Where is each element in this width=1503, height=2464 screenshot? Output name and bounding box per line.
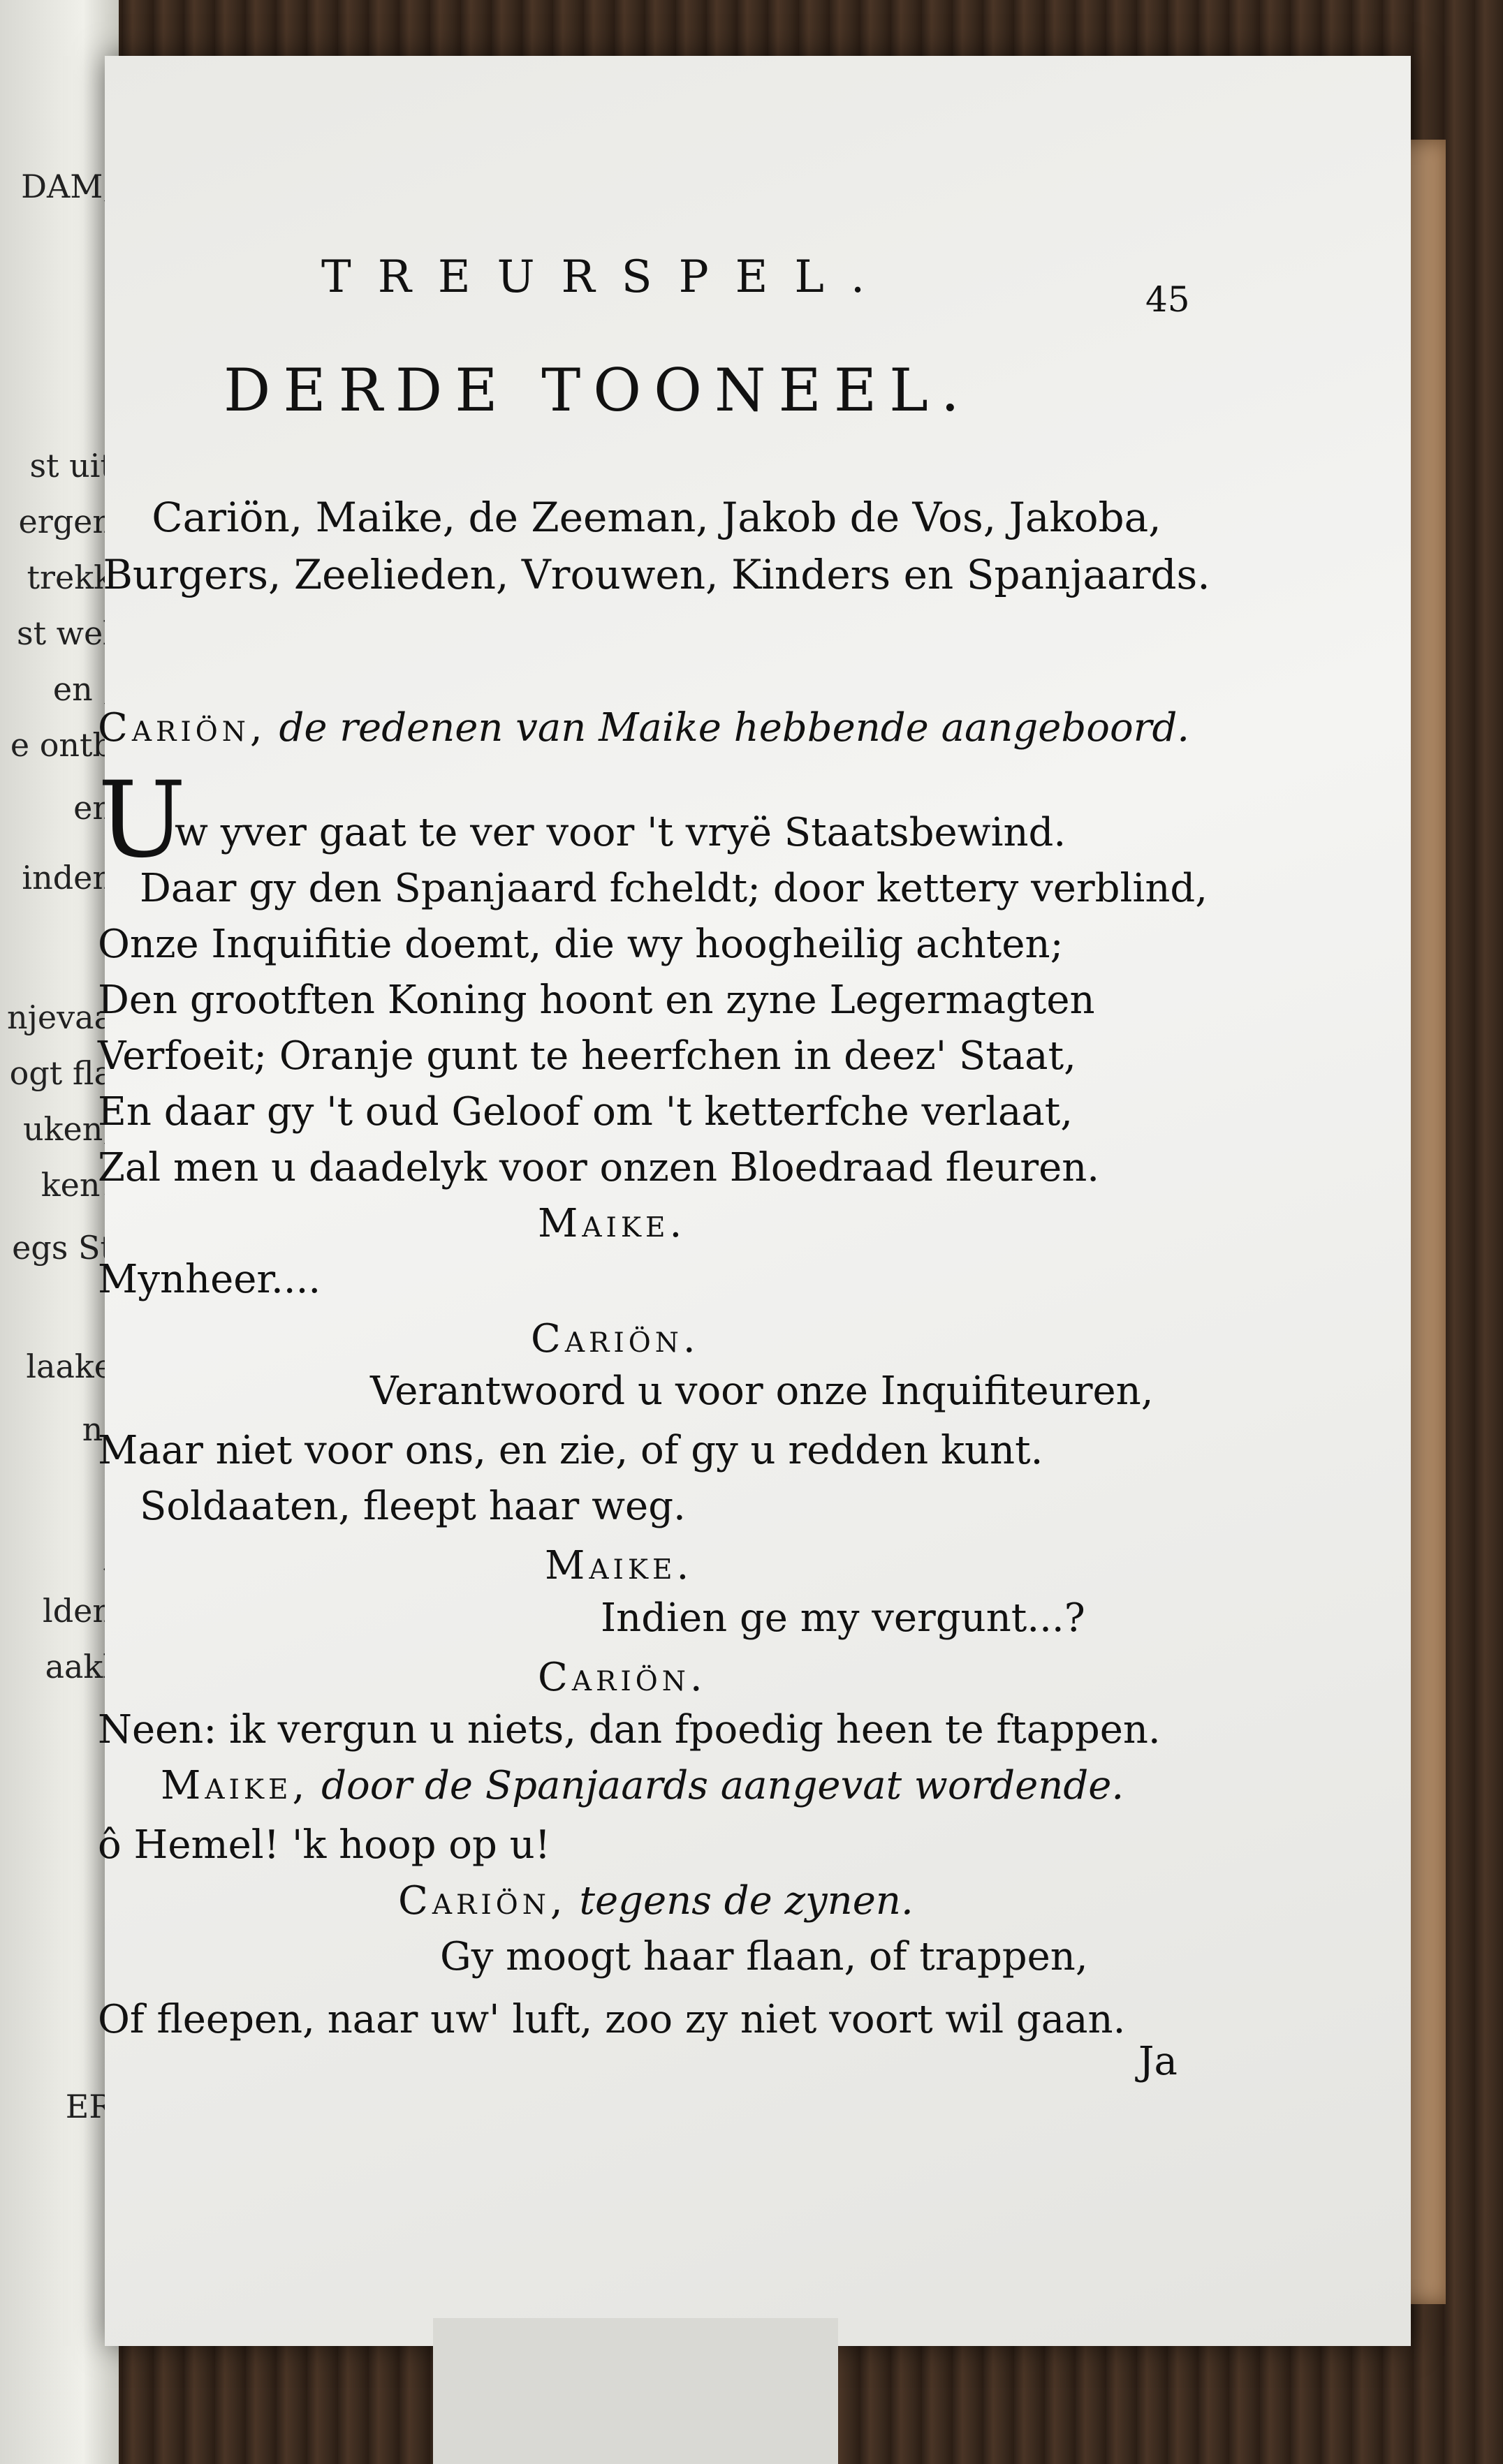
left-page-edge: DAM, st uit ergen trekk st wel en , e on… (0, 0, 119, 2464)
stage-direction: Cariön, de redenen van Maike hebbende aa… (98, 705, 1189, 751)
speaker-heading: Maike. (538, 1201, 686, 1246)
verse-line: En daar gy 't oud Geloof om 't ketterfch… (98, 1089, 1073, 1135)
page-underside (433, 2318, 838, 2464)
left-fragment: DAM, (21, 168, 113, 205)
scene-title: DERDE TOONEEL. (223, 356, 972, 425)
verse-line: w yver gaat te ver voor 't vryë Staatsbe… (175, 810, 1066, 855)
verse-line: ô Hemel! 'k hoop op u! (98, 1822, 550, 1868)
page-number: 45 (1145, 279, 1190, 320)
verse-line: Neen: ik vergun u niets, dan fpoedig hee… (98, 1707, 1161, 1753)
stage-direction: Maike, door de Spanjaards aangevat worde… (161, 1763, 1124, 1808)
left-fragment: aakl (45, 1648, 113, 1685)
speaker-heading: Cariön. (538, 1655, 707, 1700)
speaker-heading: Cariön. (531, 1316, 700, 1362)
speaker-name: Maike, (161, 1763, 309, 1808)
verse-line: Maar niet voor ons, en zie, of gy u redd… (98, 1428, 1043, 1473)
left-fragment: st uit (29, 447, 113, 485)
direction-text: tegens de zynen. (580, 1878, 914, 1924)
verse-line: Onze Inquifitie doemt, die wy hoogheilig… (98, 922, 1063, 967)
verse-line: Indien ge my vergunt...? (601, 1595, 1085, 1641)
drop-cap: U (98, 768, 186, 873)
direction-text: de redenen van Maike hebbende aangeboord… (279, 705, 1190, 751)
catchword: Ja (1138, 2039, 1178, 2084)
left-fragment: st wel (17, 614, 113, 652)
speaker-heading: Maike. (545, 1543, 693, 1588)
verse-line: Gy moogt haar flaan, of trappen, (440, 1934, 1088, 1979)
verse-line: Soldaaten, fleept haar weg. (140, 1484, 686, 1529)
cast-list: Cariön, Maike, de Zeeman, Jakob de Vos, … (98, 489, 1215, 603)
running-head: TREURSPEL. (321, 251, 891, 303)
verse-line: Of fleepen, naar uw' luft, zoo zy niet v… (98, 1997, 1125, 2042)
speaker-name: Cariön, (98, 705, 267, 751)
verse-line: Den grootften Koning hoont en zyne Leger… (98, 978, 1095, 1023)
verse-line: Daar gy den Spanjaard fcheldt; door kett… (140, 866, 1208, 911)
direction-text: door de Spanjaards aangevat wordende. (321, 1763, 1124, 1808)
verse-line: Mynheer.... (98, 1257, 321, 1302)
stage-direction: Cariön, tegens de zynen. (398, 1878, 914, 1924)
speaker-name: Cariön, (398, 1878, 567, 1924)
left-fragment: laake (26, 1348, 113, 1385)
left-fragment: lden (43, 1592, 113, 1630)
verse-line: Verantwoord u voor onze Inquifiteuren, (370, 1369, 1154, 1414)
verse-line: Zal men u daadelyk voor onzen Bloedraad … (98, 1145, 1099, 1190)
verse-line: Verfoeit; Oranje gunt te heerfchen in de… (98, 1033, 1076, 1079)
